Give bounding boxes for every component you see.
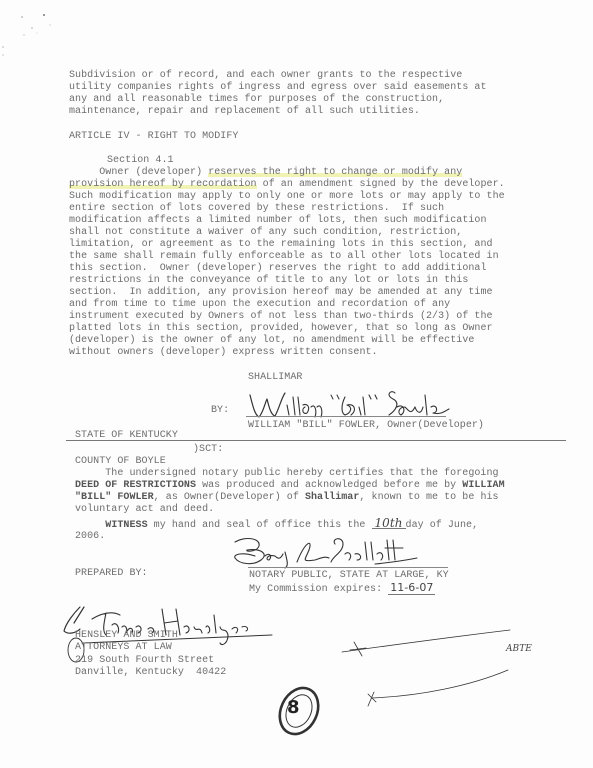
notary-text: , as Owner(Developer) of <box>154 492 305 503</box>
commission-date: 11-6-07 <box>388 581 435 595</box>
section-text: (developer) is the owner of any lot, no … <box>69 335 474 346</box>
section-text: section. In addition, any provision here… <box>69 287 493 298</box>
section-line: platted lots in this section, provided, … <box>69 323 493 335</box>
section-text: shall not constitute a waiver of any suc… <box>69 227 462 238</box>
section-text: entire section of lots covered by these … <box>69 203 444 214</box>
notary-year: 2006. <box>75 531 105 543</box>
section-text: restrictions in the conveyance of title … <box>69 275 468 286</box>
owner-signature-line <box>246 416 446 417</box>
section-text: modification affects a limited number of… <box>69 215 487 226</box>
entity-name: SHALLIMAR <box>248 372 302 384</box>
witness-line: WITNESS my hand and seal of office this … <box>75 518 478 532</box>
notary-county: COUNTY OF BOYLE <box>75 456 166 468</box>
intro-line: utility companies rights of ingress and … <box>69 82 487 94</box>
document-page: Subdivision or of record, and each owner… <box>0 0 593 768</box>
section-line: shall not constitute a waiver of any suc… <box>69 227 462 239</box>
notary-line-4: voluntary act and deed. <box>75 504 214 516</box>
section-text: of an amendment signed by the developer. <box>257 179 505 190</box>
margin-initials: ABTE <box>506 643 532 655</box>
commission-line: My Commission expires: 11-6-07 <box>249 582 435 596</box>
witness-day: 10th <box>372 518 406 529</box>
section-divider <box>66 440 566 441</box>
witness-label: WITNESS <box>105 520 147 531</box>
section-text: this section. Owner (developer) reserves… <box>69 263 487 274</box>
page-number-stamp <box>275 683 325 739</box>
notary-line-1: The undersigned notary public hereby cer… <box>75 468 499 480</box>
witness-text: my hand and seal of office this the <box>148 520 372 531</box>
highlighted-text: reserves the right to change or modify a… <box>208 167 462 178</box>
section-line: entire section of lots covered by these … <box>69 203 444 215</box>
witness-tail: day of June, <box>406 520 479 531</box>
section-text: without owners (developer) express writt… <box>69 347 378 358</box>
section-line: (developer) is the owner of any lot, no … <box>69 335 474 347</box>
intro-line: Subdivision or of record, and each owner… <box>69 70 462 82</box>
notary-sct: )SCT: <box>193 444 223 456</box>
section-text: platted lots in this section, provided, … <box>69 323 493 334</box>
intro-line: maintenance, repair and replacement of a… <box>69 106 420 118</box>
section-label: Section 4.1 <box>107 155 174 167</box>
notary-line-3: "BILL" FOWLER, as Owner(Developer) of Sh… <box>75 492 499 504</box>
section-line: limitation, or agreement as to the remai… <box>69 239 493 251</box>
notary-text: was produced and acknowledged before me … <box>196 480 462 491</box>
section-line: modification affects a limited number of… <box>69 215 487 227</box>
notary-signature-line <box>248 567 448 568</box>
intro-line: any and all reasonable times for purpose… <box>69 94 444 106</box>
section-line: Owner (developer) reserves the right to … <box>69 167 462 179</box>
section-line: restrictions in the conveyance of title … <box>69 275 468 287</box>
highlighted-text: provision hereof by recordation <box>69 179 257 190</box>
section-line: Such modification may apply to only one … <box>69 191 505 203</box>
section-text: Owner (developer) <box>69 167 208 178</box>
by-label: BY: <box>211 405 229 417</box>
firm-address-2: Danville, Kentucky 40422 <box>75 667 226 679</box>
section-line: instrument executed by Owners of not les… <box>69 311 493 323</box>
section-text: the same shall remain fully enforceable … <box>69 251 499 262</box>
signer-name: "BILL" FOWLER <box>75 492 154 503</box>
section-line: without owners (developer) express writt… <box>69 347 378 359</box>
section-text: Such modification may apply to only one … <box>69 191 505 202</box>
section-text: limitation, or agreement as to the remai… <box>69 239 493 250</box>
firm-name: HENSLEY AND SMITH <box>75 630 178 642</box>
notary-line-2: DEED OF RESTRICTIONS was produced and ac… <box>75 480 505 492</box>
article-heading: ARTICLE IV - RIGHT TO MODIFY <box>69 131 238 143</box>
notary-text: , known to me to be his <box>359 492 498 503</box>
firm-address-1: 219 South Fourth Street <box>75 655 214 667</box>
section-line: provision hereof by recordation of an am… <box>69 179 505 191</box>
section-line: the same shall remain fully enforceable … <box>69 251 499 263</box>
firm-title: ATTORNEYS AT LAW <box>75 642 172 654</box>
margin-strike-lines <box>340 630 520 730</box>
section-line: this section. Owner (developer) reserves… <box>69 263 487 275</box>
commission-label: My Commission expires: <box>249 584 388 595</box>
deed-title: DEED OF RESTRICTIONS <box>75 480 196 491</box>
prepared-by-label: PREPARED BY: <box>75 568 148 580</box>
section-line: section. In addition, any provision here… <box>69 287 493 299</box>
subdivision-name: Shallimar <box>305 492 359 503</box>
signer-caption: WILLIAM "BILL" FOWLER, Owner(Developer) <box>248 420 484 432</box>
section-text: instrument executed by Owners of not les… <box>69 311 493 322</box>
section-text: and from time to time upon the execution… <box>69 299 450 310</box>
owner-signature <box>245 385 465 425</box>
signer-first-name: WILLIAM <box>462 480 504 491</box>
section-line: and from time to time upon the execution… <box>69 299 450 311</box>
page-number: 8 <box>287 698 300 718</box>
